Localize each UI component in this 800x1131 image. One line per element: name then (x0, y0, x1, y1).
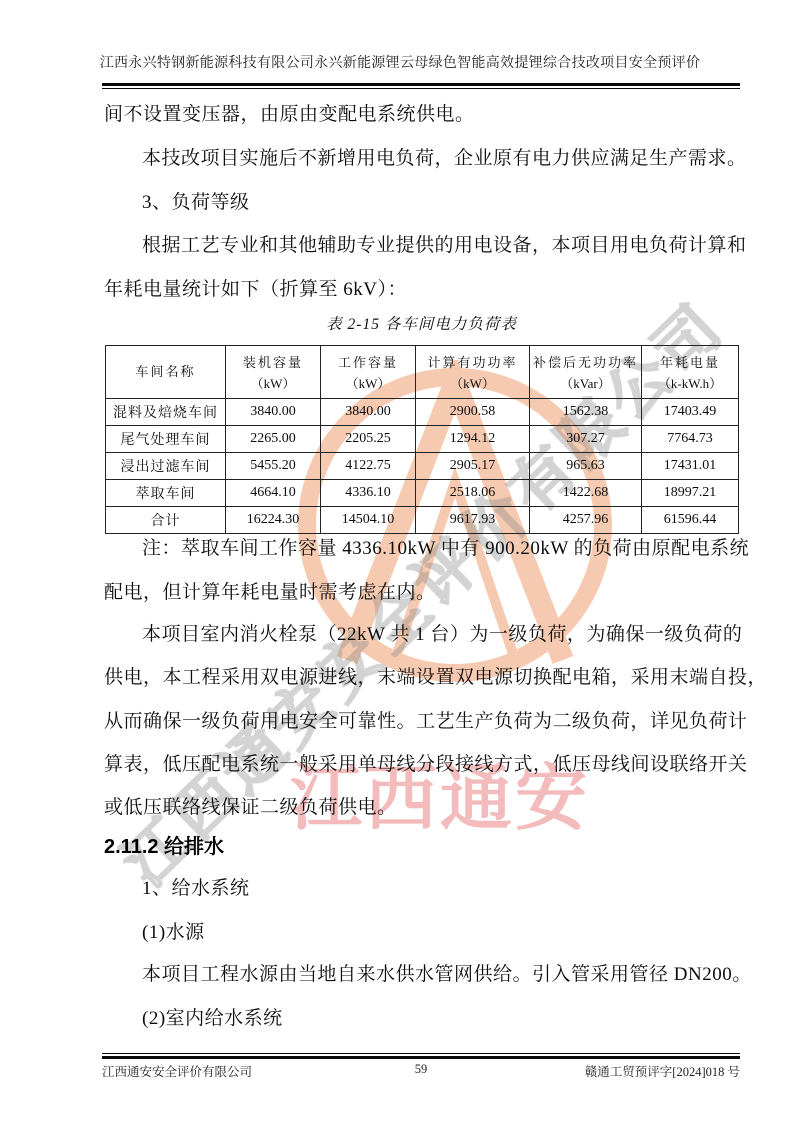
value-cell: 4664.10 (226, 480, 321, 507)
value-cell: 16224.30 (226, 507, 321, 534)
page-footer: 59 江西通安安全评价有限公司 赣通工贸预评字[2024]018 号 (102, 1062, 740, 1080)
value-cell: 2905.17 (416, 453, 530, 480)
body-line: 算表，低压配电系统一般采用单母线分段接线方式，低压母线间设联络开关 (104, 753, 740, 777)
value-cell: 61596.44 (642, 507, 739, 534)
value-cell: 3840.00 (226, 399, 321, 426)
table-row: 尾气处理车间2265.002205.251294.12307.277764.73 (106, 426, 739, 453)
body-line: 本项目室内消火栓泵（22kW 共 1 台）为一级负荷，为确保一级负荷的 (104, 623, 778, 647)
column-header: 车间名称 (106, 346, 226, 399)
body-line: 本项目工程水源由当地自来水供水管网供给。引入管采用管径 DN200。 (104, 963, 778, 987)
value-cell: 3840.00 (321, 399, 416, 426)
body-line: 本技改项目实施后不新增用电负荷，企业原有电力供应满足生产需求。 (104, 147, 778, 171)
workshop-name-cell: 尾气处理车间 (106, 426, 226, 453)
value-cell: 1294.12 (416, 426, 530, 453)
column-header: 计算有功功率（kW） (416, 346, 530, 399)
body-line: 3、负荷等级 (104, 191, 778, 215)
body-line: 或低压联络线保证二级负荷供电。 (104, 796, 740, 820)
header-rule-thick (102, 83, 740, 86)
column-header: 装机容量（kW） (226, 346, 321, 399)
power-load-table-wrap: 车间名称装机容量（kW）工作容量（kW）计算有功功率（kW）补偿后无功功率（kV… (105, 345, 738, 534)
header-rule-thin (102, 88, 740, 89)
table-header-row: 车间名称装机容量（kW）工作容量（kW）计算有功功率（kW）补偿后无功功率（kV… (106, 346, 739, 399)
body-line: (2)室内给水系统 (104, 1007, 778, 1031)
power-load-table: 车间名称装机容量（kW）工作容量（kW）计算有功功率（kW）补偿后无功功率（kV… (105, 345, 739, 534)
table-row: 萃取车间4664.104336.102518.061422.6818997.21 (106, 480, 739, 507)
value-cell: 1422.68 (530, 480, 642, 507)
document-page: 江西通安安全评价有限公司 江西通安 江西永兴特钢新能源科技有限公司永兴新能源锂云… (0, 0, 800, 1131)
value-cell: 14504.10 (321, 507, 416, 534)
value-cell: 5455.20 (226, 453, 321, 480)
body-line: 根据工艺专业和其他辅助专业提供的用电设备，本项目用电负荷计算和 (104, 234, 778, 258)
table-note-line: 注：萃取车间工作容量 4336.10kW 中有 900.20kW 的负荷由原配电… (104, 537, 778, 561)
value-cell: 965.63 (530, 453, 642, 480)
value-cell: 2900.58 (416, 399, 530, 426)
workshop-name-cell: 萃取车间 (106, 480, 226, 507)
body-line: 从而确保一级负荷用电安全可靠性。工艺生产负荷为二级负荷，详见负荷计 (104, 710, 740, 734)
body-line: (1)水源 (104, 921, 778, 945)
body-line: 1、给水系统 (104, 877, 778, 901)
section-heading-2-11-2: 2.11.2 给排水 (104, 834, 740, 860)
value-cell: 2265.00 (226, 426, 321, 453)
value-cell: 2205.25 (321, 426, 416, 453)
value-cell: 7764.73 (642, 426, 739, 453)
workshop-name-cell: 混料及焙烧车间 (106, 399, 226, 426)
value-cell: 4122.75 (321, 453, 416, 480)
footer-rule-thick (102, 1056, 740, 1059)
header-rule (102, 83, 740, 89)
body-line: 供电，本工程采用双电源进线，末端设置双电源切换配电箱，采用末端自投， (104, 666, 740, 690)
footer-company: 江西通安安全评价有限公司 (102, 1062, 252, 1080)
value-cell: 4257.96 (530, 507, 642, 534)
footer-rule-thin (102, 1053, 740, 1054)
column-header: 年耗电量（k-kW.h） (642, 346, 739, 399)
value-cell: 307.27 (530, 426, 642, 453)
page-header-title: 江西永兴特钢新能源科技有限公司永兴新能源锂云母绿色智能高效提锂综合技改项目安全预… (60, 52, 740, 72)
column-header: 工作容量（kW） (321, 346, 416, 399)
table-row: 浸出过滤车间5455.204122.752905.17965.6317431.0… (106, 453, 739, 480)
footer-doc-number: 赣通工贸预评字[2024]018 号 (585, 1062, 740, 1080)
value-cell: 17431.01 (642, 453, 739, 480)
value-cell: 9617.93 (416, 507, 530, 534)
body-line: 间不设置变压器，由原由变配电系统供电。 (104, 103, 740, 127)
table-row: 合计16224.3014504.109617.934257.9661596.44 (106, 507, 739, 534)
table-row: 混料及焙烧车间3840.003840.002900.581562.3817403… (106, 399, 739, 426)
value-cell: 17403.49 (642, 399, 739, 426)
workshop-name-cell: 浸出过滤车间 (106, 453, 226, 480)
column-header: 补偿后无功功率（kVar） (530, 346, 642, 399)
value-cell: 1562.38 (530, 399, 642, 426)
table-caption: 表 2-15 各车间电力负荷表 (105, 312, 738, 334)
body-line: 年耗电量统计如下（折算至 6kV）： (104, 278, 740, 302)
workshop-name-cell: 合计 (106, 507, 226, 534)
value-cell: 18997.21 (642, 480, 739, 507)
table-note-line: 配电，但计算年耗电量时需考虑在内。 (104, 581, 740, 605)
footer-rule (102, 1053, 740, 1059)
value-cell: 4336.10 (321, 480, 416, 507)
value-cell: 2518.06 (416, 480, 530, 507)
